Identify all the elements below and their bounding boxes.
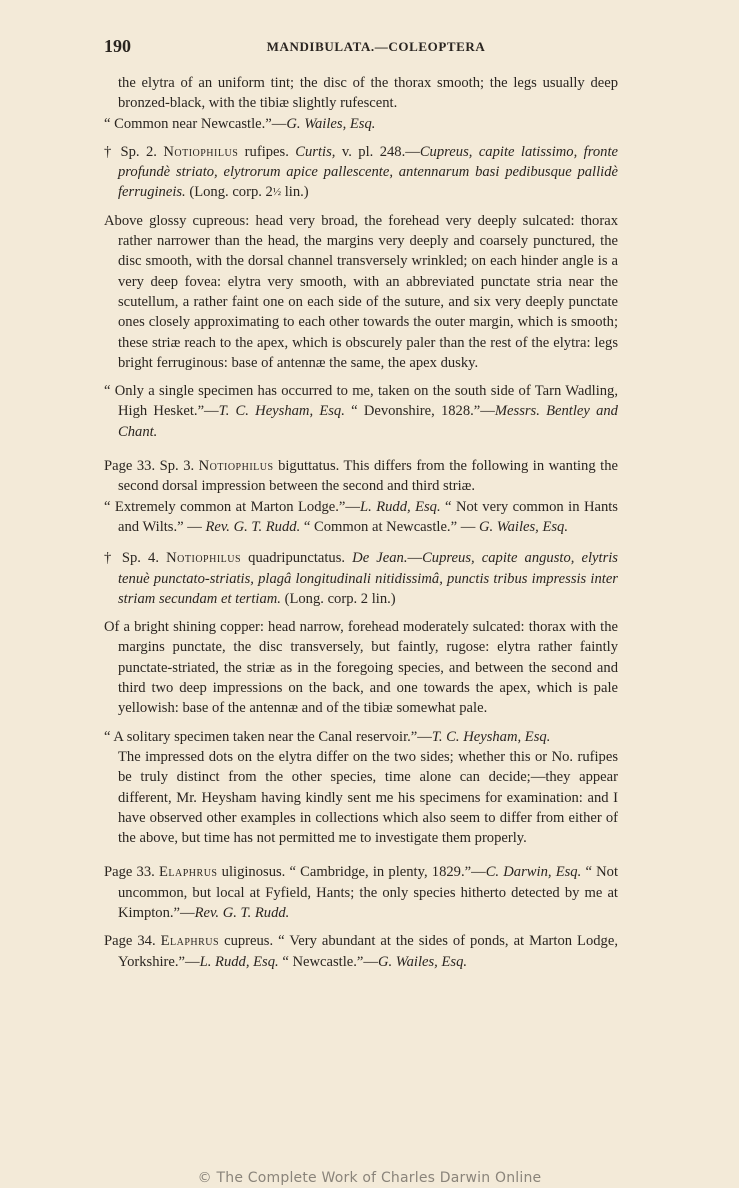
species-text: uliginosus. “ Cambridge, in plenty, 1829… <box>217 864 485 880</box>
quote-author: Rev. G. T. Rudd. <box>206 519 301 535</box>
quote-author: L. Rudd, Esq. <box>200 954 279 970</box>
note-quadripunctatus: The impressed dots on the elytra differ … <box>104 747 618 848</box>
running-title: MANDIBULATA.—COLEOPTERA <box>104 39 618 55</box>
page-ref: Page 33. <box>104 864 159 880</box>
quote-text: “ Common at Newcastle.” — <box>300 519 479 535</box>
species-entry-cupreus: Page 34. Elaphrus cupreus. “ Very abunda… <box>104 931 618 972</box>
genus-name: Notiophilus <box>166 550 241 566</box>
description-rufipes: Above glossy cupreous: head very broad, … <box>104 211 618 373</box>
size-text: (Long. corp. 2 lin.) <box>281 591 396 607</box>
quote-author: G. Wailes, Esq. <box>378 954 467 970</box>
species-name: quadripunctatus. <box>241 550 352 566</box>
quotes-biguttatus: “ Extremely common at Marton Lodge.”—L. … <box>104 497 618 538</box>
species-entry-rufipes: † Sp. 2. Notiophilus rufipes. Curtis, v.… <box>104 142 618 203</box>
paragraph-continuation: the elytra of an uniform tint; the disc … <box>104 73 618 114</box>
book-page: 190 MANDIBULATA.—COLEOPTERA the elytra o… <box>0 0 739 1188</box>
copyright-footer: © The Complete Work of Charles Darwin On… <box>0 1170 739 1186</box>
page-header: 190 MANDIBULATA.—COLEOPTERA <box>104 36 618 58</box>
quote-author: T. C. Heysham, Esq. <box>219 403 345 419</box>
quotes-rufipes: “ Only a single specimen has occurred to… <box>104 381 618 442</box>
quote-author: L. Rudd, Esq. <box>360 499 441 515</box>
reference-author: De Jean. <box>352 550 407 566</box>
genus-name: Elaphrus <box>161 933 219 949</box>
size-text: (Long. corp. 2 <box>186 184 273 200</box>
quote-author: Rev. G. T. Rudd. <box>195 905 290 921</box>
size-unit: lin.) <box>281 184 309 200</box>
species-entry-biguttatus: Page 33. Sp. 3. Notiophilus biguttatus. … <box>104 456 618 497</box>
species-entry-uliginosus: Page 33. Elaphrus uliginosus. “ Cambridg… <box>104 862 618 923</box>
page-ref: Page 34. <box>104 933 161 949</box>
reference-plate: v. pl. 248.— <box>335 144 419 160</box>
quote-text: “ Common near Newcastle.”— <box>104 116 286 132</box>
quote-text: “ Extremely common at Marton Lodge.”— <box>104 499 360 515</box>
species-entry-quadripunctatus: † Sp. 4. Notiophilus quadripunctatus. De… <box>104 548 618 609</box>
genus-name: Notiophilus <box>163 144 238 160</box>
quotes-quadripunctatus: “ A solitary specimen taken near the Can… <box>104 727 618 747</box>
reference-author: Curtis, <box>295 144 335 160</box>
description-quadripunctatus: Of a bright shining copper: head narrow,… <box>104 617 618 718</box>
genus-name: Notiophilus <box>199 458 274 474</box>
page-species-ref: Page 33. Sp. 3. <box>104 458 199 474</box>
genus-name: Elaphrus <box>159 864 217 880</box>
quote-author: G. Wailes, Esq. <box>286 116 375 132</box>
quote-newcastle: “ Common near Newcastle.”—G. Wailes, Esq… <box>104 114 618 134</box>
quote-text: “ Devonshire, 1828.”— <box>345 403 495 419</box>
dash: — <box>407 550 422 566</box>
page-body: the elytra of an uniform tint; the disc … <box>104 73 618 972</box>
species-number: † Sp. 2. <box>104 144 163 160</box>
quote-author: T. C. Heysham, Esq. <box>432 729 551 745</box>
quote-author: G. Wailes, Esq. <box>479 519 568 535</box>
species-number: † Sp. 4. <box>104 550 166 566</box>
quote-text: “ A solitary specimen taken near the Can… <box>104 729 432 745</box>
quote-author: C. Darwin, Esq. <box>486 864 582 880</box>
species-name: rufipes. <box>238 144 295 160</box>
size-fraction: ½ <box>273 186 281 198</box>
quote-text: “ Newcastle.”— <box>279 954 378 970</box>
